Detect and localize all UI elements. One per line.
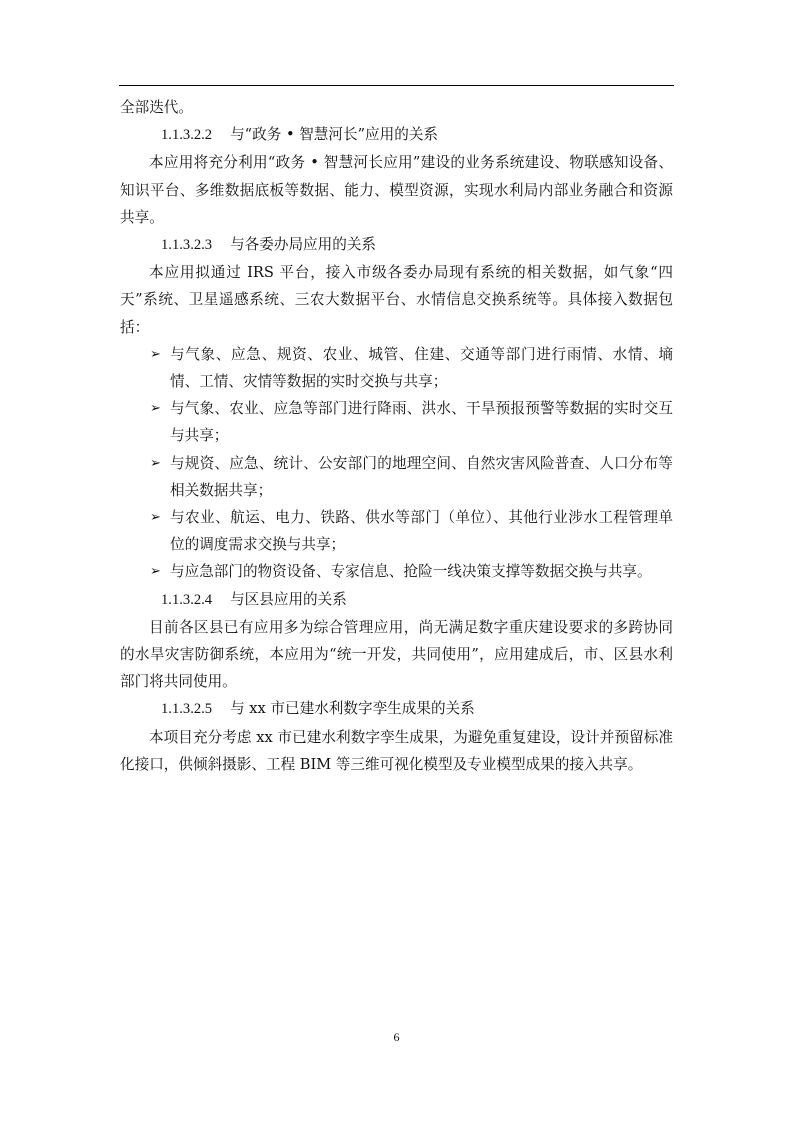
section-heading-1-1-3-2-2: 1.1.3.2.2与“政务 • 智慧河长”应用的关系 [120,121,673,149]
page-body: 全部迭代。 1.1.3.2.2与“政务 • 智慧河长”应用的关系 本应用将充分利… [120,94,673,778]
arrow-bullet-icon: ➢ [150,341,161,368]
list-item: ➢与气象、农业、应急等部门进行降雨、洪水、干旱预报预警等数据的实时交互与共享； [120,395,673,449]
list-item-text: 与气象、农业、应急等部门进行降雨、洪水、干旱预报预警等数据的实时交互与共享； [170,400,673,444]
section-number: 1.1.3.2.4 [161,592,212,608]
list-item-text: 与农业、航运、电力、铁路、供水等部门（单位）、其他行业涉水工程管理单位的调度需求… [170,509,673,553]
list-item: ➢与农业、航运、电力、铁路、供水等部门（单位）、其他行业涉水工程管理单位的调度需… [120,504,673,558]
section-heading-1-1-3-2-5: 1.1.3.2.5与 xx 市已建水利数字孪生成果的关系 [120,695,673,723]
header-rule [119,85,674,86]
arrow-bullet-icon: ➢ [150,395,161,422]
list-item: ➢与应急部门的物资设备、专家信息、抢险一线决策支撑等数据交换与共享。 [120,558,673,585]
section-number: 1.1.3.2.2 [161,127,212,143]
page-number: 6 [0,1030,793,1045]
section-heading-1-1-3-2-3: 1.1.3.2.3与各委办局应用的关系 [120,231,673,259]
arrow-bullet-icon: ➢ [150,450,161,477]
arrow-bullet-icon: ➢ [150,558,161,585]
section-number: 1.1.3.2.3 [161,237,212,253]
list-item-text: 与规资、应急、统计、公安部门的地理空间、自然灾害风险普查、人口分布等相关数据共享… [170,455,673,499]
section-title: 与各委办局应用的关系 [230,236,376,253]
section-paragraph: 本应用将充分利用“政务 • 智慧河长应用”建设的业务系统建设、物联感知设备、知识… [120,149,673,231]
list-item-text: 与应急部门的物资设备、专家信息、抢险一线决策支撑等数据交换与共享。 [170,563,652,580]
section-title: 与“政务 • 智慧河长”应用的关系 [230,126,438,143]
list-item-text: 与气象、应急、规资、农业、城管、住建、交通等部门进行雨情、水情、墒情、工情、灾情… [170,346,673,390]
section-paragraph: 目前各区县已有应用多为综合管理应用，尚无满足数字重庆建设要求的多跨协同的水旱灾害… [120,614,673,696]
section-paragraph: 本项目充分考虑 xx 市已建水利数字孪生成果，为避免重复建设，设计并预留标准化接… [120,724,673,778]
arrow-bullet-icon: ➢ [150,504,161,531]
section-title: 与区县应用的关系 [230,591,347,608]
section-heading-1-1-3-2-4: 1.1.3.2.4与区县应用的关系 [120,586,673,614]
section-title: 与 xx 市已建水利数字孪生成果的关系 [230,700,475,717]
list-item: ➢与气象、应急、规资、农业、城管、住建、交通等部门进行雨情、水情、墒情、工情、灾… [120,341,673,395]
section-number: 1.1.3.2.5 [161,701,212,717]
bullet-list: ➢与气象、应急、规资、农业、城管、住建、交通等部门进行雨情、水情、墒情、工情、灾… [120,341,673,586]
continuation-text: 全部迭代。 [120,94,673,121]
section-paragraph: 本应用拟通过 IRS 平台，接入市级各委办局现有系统的相关数据，如气象“四天”系… [120,259,673,341]
list-item: ➢与规资、应急、统计、公安部门的地理空间、自然灾害风险普查、人口分布等相关数据共… [120,450,673,504]
